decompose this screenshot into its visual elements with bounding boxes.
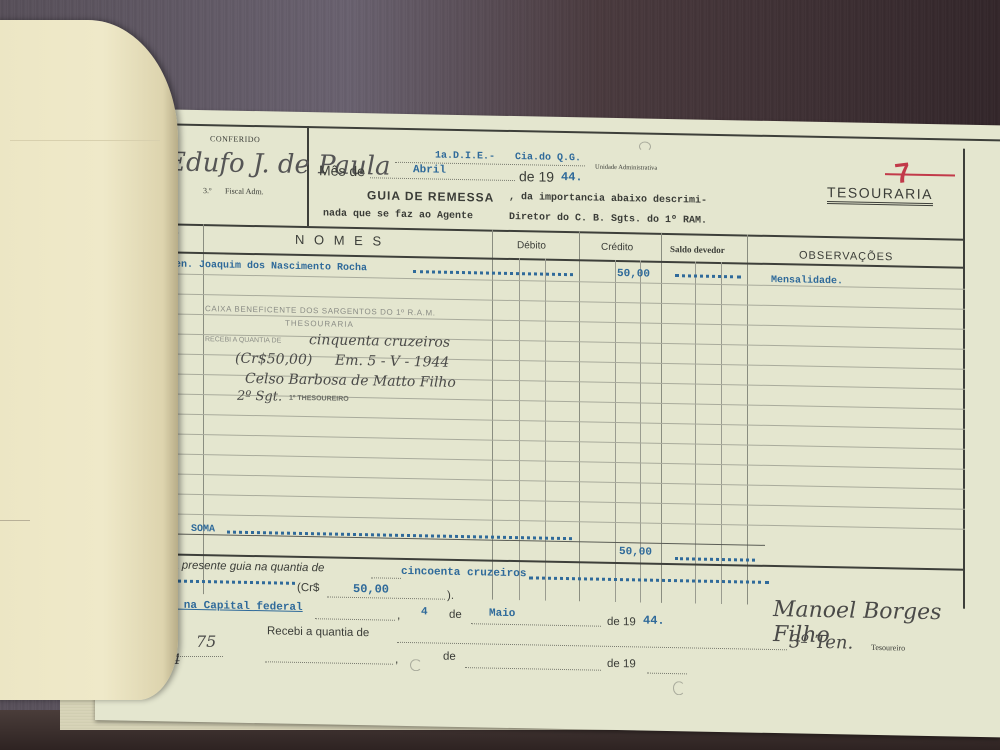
guia-de-remessa-form: CONFERIDO Edufo J. de Paula 3.º Fiscal A… bbox=[95, 108, 1000, 737]
stamp-line3: RECEBI A QUANTIA DE bbox=[205, 336, 281, 344]
fiscal-prefix: 3.º bbox=[203, 186, 211, 195]
right-border bbox=[963, 149, 965, 609]
col-divider bbox=[579, 231, 580, 601]
col-debito: Débito bbox=[517, 240, 546, 252]
unit-company: Cia.do Q.G. bbox=[515, 152, 581, 164]
mes-label: Mês de bbox=[319, 162, 365, 179]
col-nomes: N O M E S bbox=[295, 232, 384, 249]
de-label-1: de bbox=[449, 609, 462, 621]
de-label-2: de bbox=[443, 651, 456, 663]
top-border bbox=[175, 124, 1000, 142]
stamp-line2: THESOURARIA bbox=[285, 319, 354, 329]
conferido-label: CONFERIDO bbox=[210, 134, 260, 144]
recebi-label: Recebi a quantia de bbox=[267, 625, 369, 639]
recebi-dots bbox=[397, 642, 787, 650]
year-label-footer: de 19 bbox=[607, 616, 636, 629]
hand-date: Em. 5 - V - 1944 bbox=[335, 353, 449, 371]
year-label: de 19 bbox=[519, 168, 554, 185]
subcol-line bbox=[721, 262, 722, 604]
mes-value: Abril bbox=[413, 164, 446, 177]
row-rule bbox=[155, 493, 965, 510]
table-top-border bbox=[175, 224, 965, 241]
row-observacoes: Mensalidade. bbox=[771, 275, 843, 287]
form-title: GUIA DE REMESSA bbox=[367, 188, 494, 204]
col-saldo: Saldo devedor bbox=[670, 244, 725, 255]
day-value: 4 bbox=[421, 606, 428, 618]
col-observacoes: OBSERVAÇÕES bbox=[799, 250, 893, 264]
crs-value: 50,00 bbox=[353, 582, 389, 597]
row-credito: 50,00 bbox=[617, 268, 650, 281]
comma-2: , bbox=[395, 652, 398, 666]
binder-hole bbox=[639, 141, 651, 151]
subcol-line bbox=[615, 260, 616, 602]
row-rule bbox=[155, 513, 965, 530]
header-text-line2a: nada que se faz ao Agente bbox=[323, 208, 473, 222]
hand-signature: Celso Barbosa de Matto Filho bbox=[245, 371, 456, 391]
importa-dots bbox=[371, 577, 401, 579]
mes-dotted-line bbox=[370, 177, 515, 181]
crs-dots bbox=[327, 596, 445, 599]
recebi-place-dots bbox=[265, 661, 393, 664]
fiscal-label: Fiscal Adm. bbox=[225, 186, 264, 196]
soma-label: SOMA bbox=[191, 524, 215, 535]
row-rule bbox=[155, 473, 965, 490]
year-value-footer: 44. bbox=[643, 614, 665, 628]
hand-amount-words: cinquenta cruzeiros bbox=[309, 332, 450, 351]
soma-saldo-dots bbox=[675, 557, 755, 562]
header-text-line2b: Diretor do C. B. Sgts. do 1º RAM. bbox=[509, 212, 707, 227]
importa-fill-dots bbox=[529, 576, 769, 584]
crs-label: (Cr$ bbox=[297, 582, 319, 594]
month-dots bbox=[471, 623, 601, 626]
curled-left-page bbox=[0, 20, 178, 700]
col-divider bbox=[203, 224, 204, 594]
row-saldo-dots bbox=[675, 274, 741, 278]
row-fill-dots bbox=[413, 270, 573, 276]
curl-mark bbox=[0, 520, 30, 521]
year-label-2: de 19 bbox=[607, 658, 636, 671]
subcol-line bbox=[519, 258, 520, 600]
tesoureiro-rank: 3º Ten. bbox=[789, 631, 853, 653]
curl-rule bbox=[10, 140, 160, 141]
binder-hole bbox=[410, 659, 422, 671]
tesouraria-stamp: TESOURARIA bbox=[827, 184, 933, 206]
row-posto-nome: Sub-Ten. Joaquim dos Nascimento Rocha bbox=[145, 259, 367, 274]
subcol-line bbox=[695, 262, 696, 604]
tesoureiro-label: Tesoureiro bbox=[871, 643, 905, 653]
row-rule bbox=[155, 433, 965, 450]
recebi-year-dots bbox=[647, 673, 687, 675]
crs-close: ). bbox=[447, 590, 454, 602]
importa-value: cincoenta cruzeiros bbox=[401, 566, 526, 580]
unit-line: 1a.D.I.E.- bbox=[435, 151, 495, 163]
month-value: Maio bbox=[489, 608, 515, 621]
col-divider bbox=[492, 230, 493, 600]
unit-caption: Unidade Administrativa bbox=[595, 164, 657, 172]
row-rule bbox=[155, 313, 965, 330]
header-text-line1: , da importancia abaixo descrimi- bbox=[509, 192, 707, 207]
row-rule bbox=[155, 413, 965, 430]
col-divider bbox=[747, 235, 748, 605]
oficio-value: 75 bbox=[196, 632, 216, 651]
hand-rank: 2º Sgt. bbox=[237, 389, 282, 405]
row-rule bbox=[155, 453, 965, 470]
recebi-month-dots bbox=[465, 667, 601, 671]
subcol-line bbox=[545, 259, 546, 601]
binder-hole bbox=[673, 681, 685, 695]
col-credito: Crédito bbox=[601, 242, 633, 254]
col-divider bbox=[661, 233, 662, 603]
place-dots bbox=[315, 618, 395, 621]
soma-credito: 50,00 bbox=[619, 546, 652, 559]
stamp-line4: 1º THESOUREIRO bbox=[289, 395, 349, 403]
comma: , bbox=[397, 608, 400, 622]
hand-amount: (Cr$50,00) bbox=[235, 351, 312, 368]
year-value: 44. bbox=[561, 170, 583, 184]
